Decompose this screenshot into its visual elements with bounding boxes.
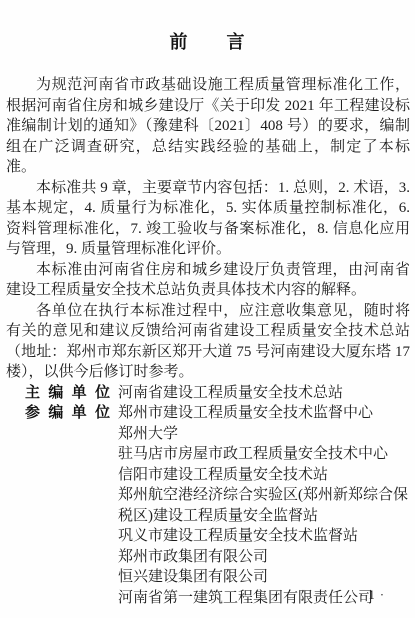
editor-row: 郑州市政集团有限公司 — [6, 547, 410, 568]
editor-row: 主 编 单 位河南省建设工程质量安全技术总站 — [6, 383, 410, 404]
editor-unit-name: 郑州市建设工程质量安全技术监督中心 — [118, 403, 410, 424]
editor-role-label: 主 编 单 位 — [6, 383, 118, 404]
editor-row: 河南省第一建筑工程集团有限责任公司 — [6, 588, 410, 609]
paragraph-4: 各单位在执行本标准过程中，应注意收集意见，随时将有关的意见和建议反馈给河南省建设… — [6, 301, 410, 383]
editor-unit-name: 信阳市建设工程质量安全技术站 — [118, 465, 410, 486]
editor-unit-name: 郑州航空港经济综合实验区(郑州新郑综合保税区)建设工程质量安全监督站 — [118, 485, 410, 526]
page-number: · 1 · — [359, 588, 385, 603]
editor-unit-name: 巩义市建设工程质量安全技术监督站 — [118, 526, 410, 547]
editor-row: 信阳市建设工程质量安全技术站 — [6, 465, 410, 486]
editor-row: 驻马店市房屋市政工程质量安全技术中心 — [6, 444, 410, 465]
editor-row: 恒兴建设集团有限公司 — [6, 567, 410, 588]
editor-row: 郑州大学 — [6, 424, 410, 445]
editor-unit-name: 郑州大学 — [118, 424, 410, 445]
editor-role-label: 参 编 单 位 — [6, 403, 118, 424]
editor-unit-name: 恒兴建设集团有限公司 — [118, 567, 410, 588]
editor-unit-name: 驻马店市房屋市政工程质量安全技术中心 — [118, 444, 410, 465]
paragraph-2: 本标准共 9 章，主要章节内容包括：1. 总则，2. 术语，3. 基本规定，4.… — [6, 178, 410, 260]
editor-row: 郑州航空港经济综合实验区(郑州新郑综合保税区)建设工程质量安全监督站 — [6, 485, 410, 526]
editor-row: 参 编 单 位郑州市建设工程质量安全技术监督中心 — [6, 403, 410, 424]
editors-section: 主 编 单 位河南省建设工程质量安全技术总站参 编 单 位郑州市建设工程质量安全… — [6, 383, 410, 609]
paragraph-1: 为规范河南省市政基础设施工程质量管理标准化工作，根据河南省住房和城乡建设厅《关于… — [6, 75, 410, 178]
editor-row: 巩义市建设工程质量安全技术监督站 — [6, 526, 410, 547]
editor-unit-name: 河南省建设工程质量安全技术总站 — [118, 383, 410, 404]
preface-body: 为规范河南省市政基础设施工程质量管理标准化工作，根据河南省住房和城乡建设厅《关于… — [6, 75, 410, 608]
editor-unit-name: 郑州市政集团有限公司 — [118, 547, 410, 568]
document-page: 前 言 为规范河南省市政基础设施工程质量管理标准化工作，根据河南省住房和城乡建设… — [0, 0, 415, 618]
page-title: 前 言 — [0, 32, 415, 52]
paragraph-3: 本标准由河南省住房和城乡建设厅负责管理，由河南省建设工程质量安全技术总站负责具体… — [6, 260, 410, 301]
